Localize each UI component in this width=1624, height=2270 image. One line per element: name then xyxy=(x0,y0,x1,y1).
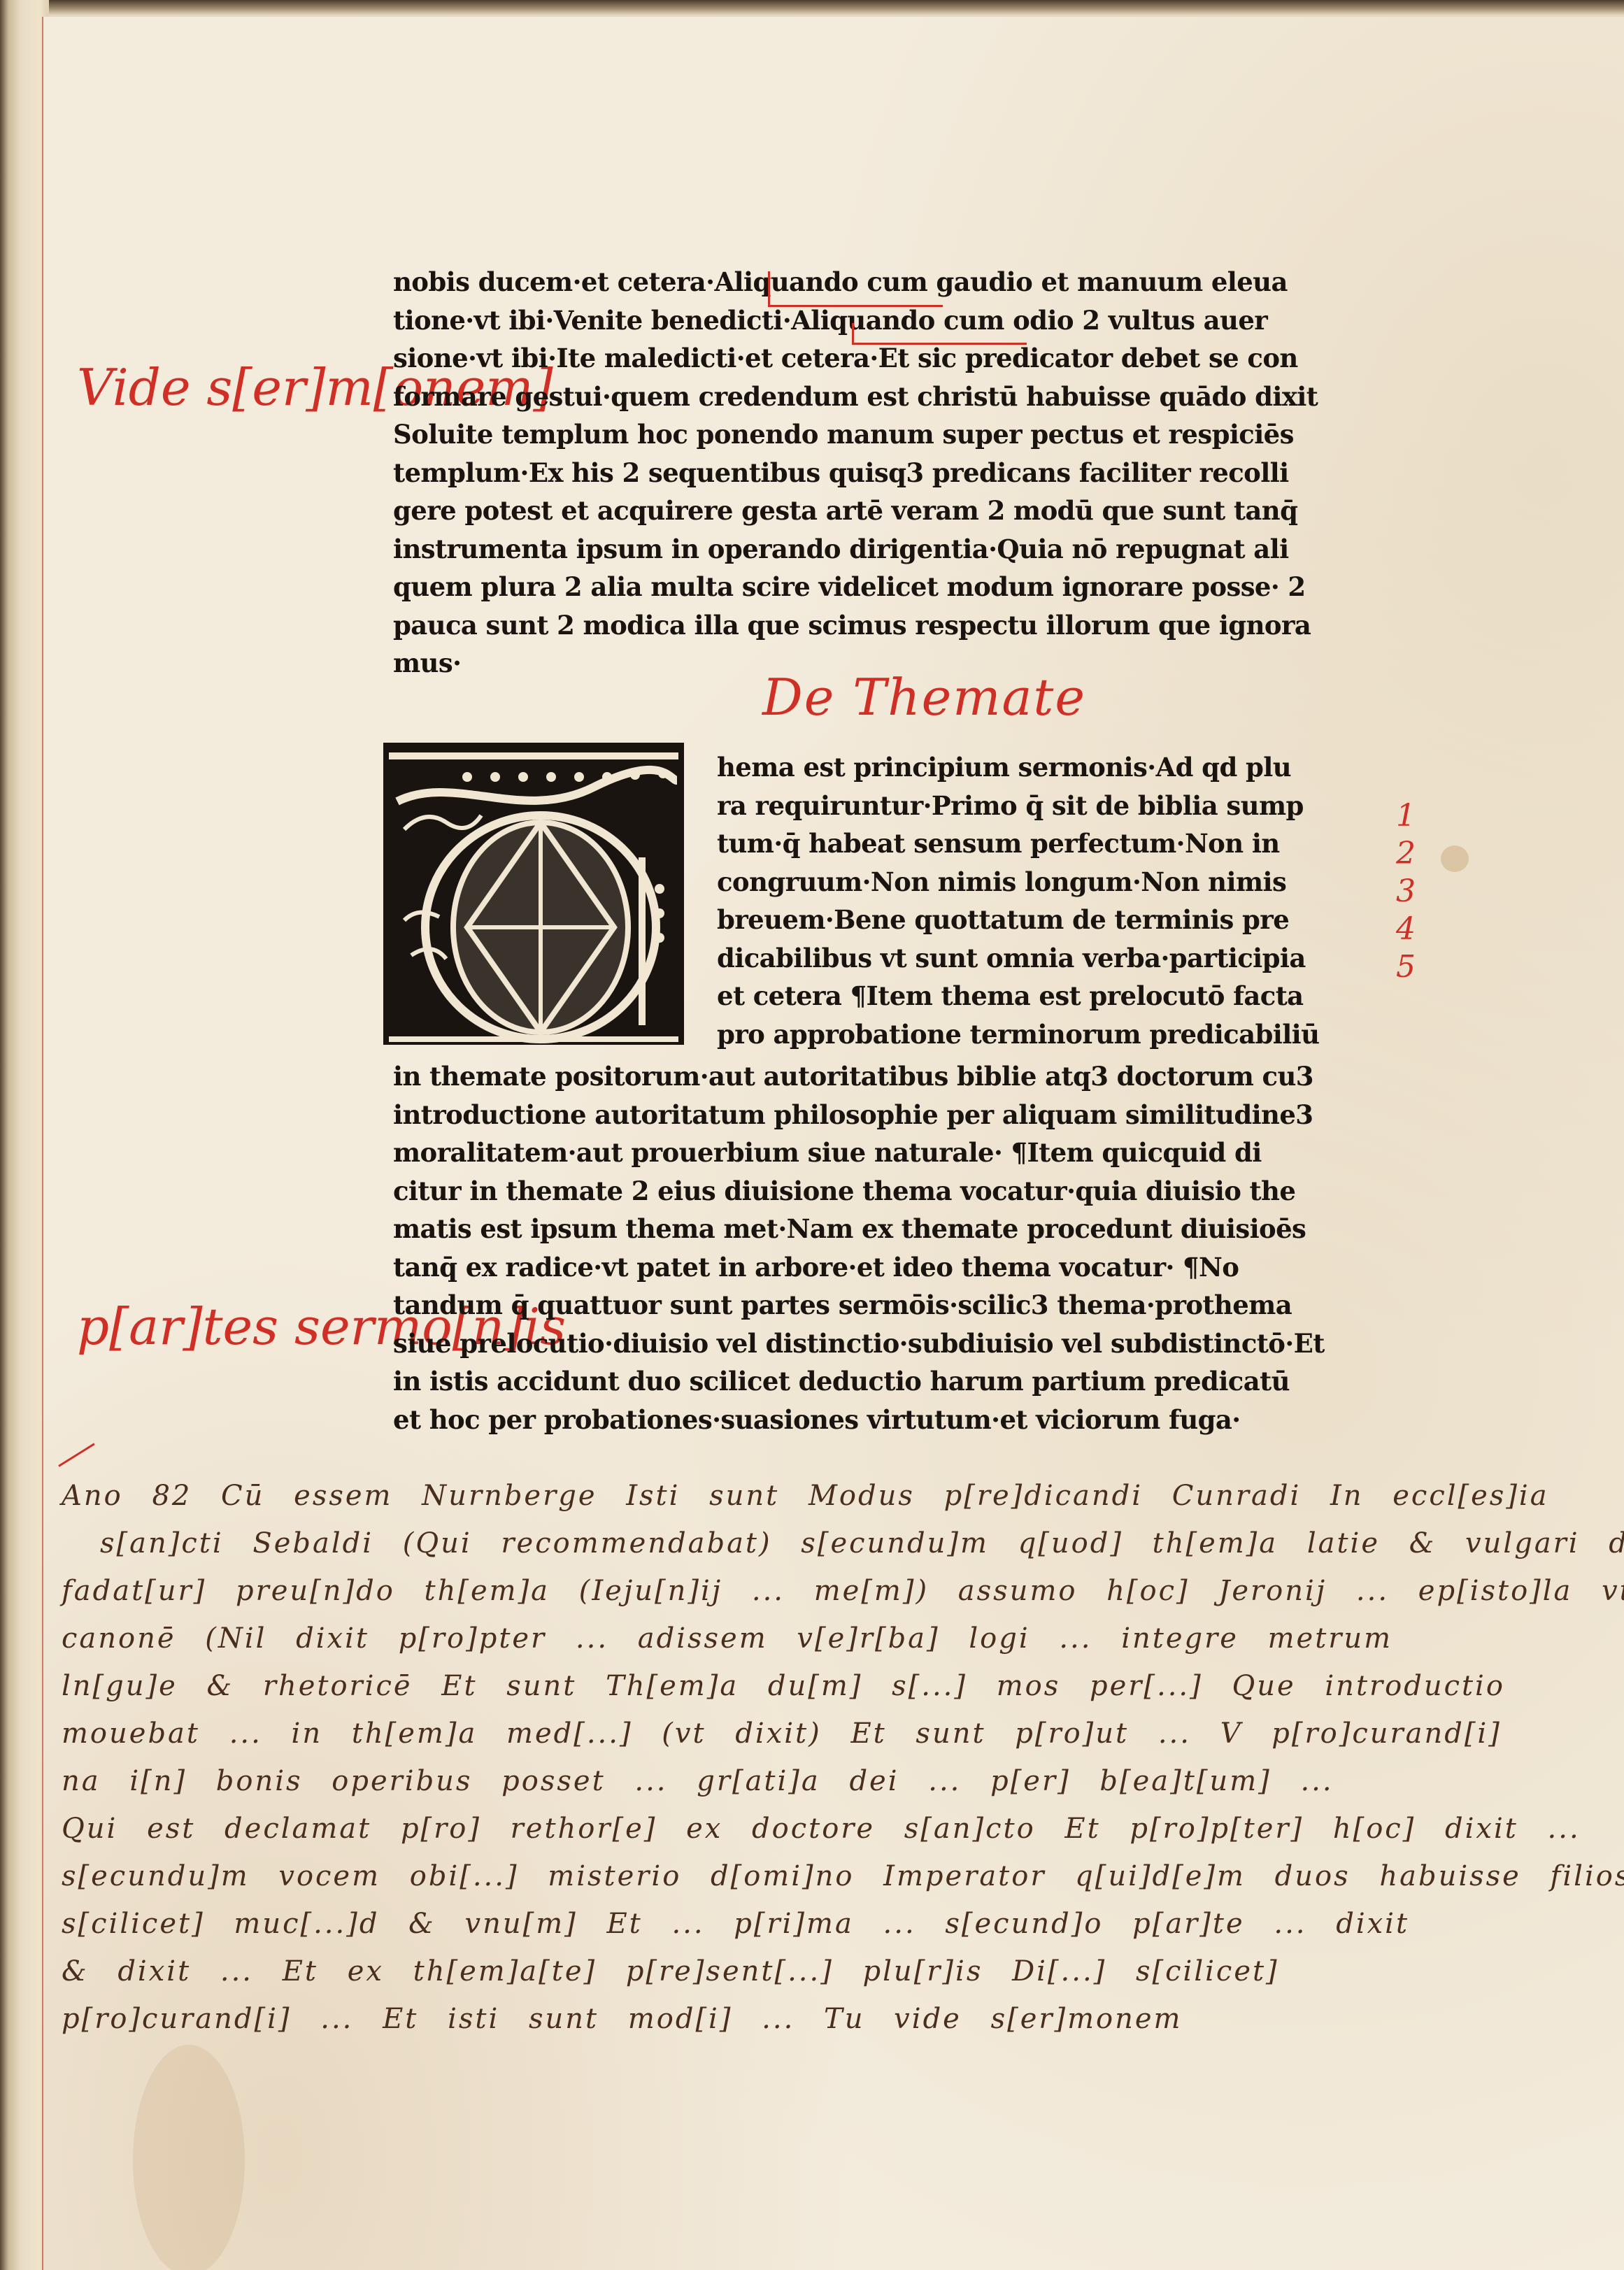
rubric-stroke xyxy=(852,323,854,344)
rubric-underline xyxy=(852,343,1027,345)
text-line: dicabilibus vt sunt omnia verba·particip… xyxy=(717,939,1388,978)
numeral: 5 xyxy=(1385,948,1427,986)
manuscript-line: s[an]cti Sebaldi (Qui recommendabat) s[e… xyxy=(62,1520,1495,1567)
manuscript-line: s[ecundu]m vocem obi[...] misterio d[omi… xyxy=(62,1853,1495,1900)
text-line: et cetera ¶Item thema est prelocutō fact… xyxy=(717,977,1388,1015)
text-line: formare gestui·quem credendum est christ… xyxy=(393,378,1386,416)
manuscript-line: fadat[ur] preu[n]do th[em]a (Ieju[n]ij .… xyxy=(62,1567,1495,1615)
text-line: ra requiruntur·Primo q̄ sit de biblia su… xyxy=(717,787,1388,825)
numeral: 2 xyxy=(1385,835,1427,873)
text-line: breuem·Bene quottatum de terminis pre xyxy=(717,901,1388,939)
text-line: gere potest et acquirere gesta artē vera… xyxy=(393,492,1386,530)
text-line: tanq̄ ex radice·vt patet in arbore·et id… xyxy=(393,1248,1386,1287)
text-line: et hoc per probationes·suasiones virtutu… xyxy=(393,1401,1386,1439)
numeral: 3 xyxy=(1385,873,1427,911)
manuscript-line: canonē (Nil dixit p[ro]pter ... adissem … xyxy=(62,1615,1495,1662)
manuscript-annotation: Ano 82 Cū essem Nurnberge Isti sunt Modu… xyxy=(62,1472,1495,2043)
paper-stain xyxy=(1441,845,1469,872)
text-line: hema est principium sermonis·Ad qd plu xyxy=(717,748,1388,787)
margin-numerals: 1 2 3 4 5 xyxy=(1385,797,1427,986)
text-line: sione·vt ibi·Ite maledicti·et cetera·Et … xyxy=(393,339,1386,378)
section-heading: De Themate xyxy=(762,668,1086,727)
text-line: tandum q̄ quattuor sunt partes sermōis·s… xyxy=(393,1286,1386,1325)
text-line: Soluite templum hoc ponendo manum super … xyxy=(393,415,1386,454)
manuscript-line: p[ro]curand[i] ... Et isti sunt mod[i] .… xyxy=(62,1995,1495,2043)
red-margin-rule xyxy=(42,17,43,2270)
text-line: introductione autoritatum philosophie pe… xyxy=(393,1096,1386,1134)
text-line: in themate positorum·aut autoritatibus b… xyxy=(393,1057,1386,1096)
paper-stain xyxy=(133,2045,245,2270)
manuscript-line: & dixit ... Et ex th[em]a[te] p[re]sent[… xyxy=(62,1948,1495,1995)
numeral: 4 xyxy=(1385,911,1427,948)
manuscript-line: na i[n] bonis operibus posset ... gr[ati… xyxy=(62,1757,1495,1805)
numeral: 1 xyxy=(1385,797,1427,835)
printed-text-block-top: nobis ducem·et cetera·Aliquando cum gaud… xyxy=(393,263,1386,683)
text-line: pauca sunt 2 modica illa que scimus resp… xyxy=(393,606,1386,645)
manuscript-line: Ano 82 Cū essem Nurnberge Isti sunt Modu… xyxy=(62,1472,1495,1520)
manuscript-line: s[cilicet] muc[...]d & vnu[m] Et ... p[r… xyxy=(62,1900,1495,1948)
text-line: moralitatem·aut prouerbium siue naturale… xyxy=(393,1134,1386,1172)
text-line: quem plura 2 alia multa scire videlicet … xyxy=(393,568,1386,606)
manuscript-line: mouebat ... in th[em]a med[...] (vt dixi… xyxy=(62,1710,1495,1757)
rubric-underline xyxy=(768,305,943,307)
text-line: siue prelocutio·diuisio vel distinctio·s… xyxy=(393,1325,1386,1363)
manuscript-line: ln[gu]e & rhetoricē Et sunt Th[em]a du[m… xyxy=(62,1662,1495,1710)
text-line: instrumenta ipsum in operando dirigentia… xyxy=(393,530,1386,569)
text-line: tum·q̄ habeat sensum perfectum·Non in xyxy=(717,825,1388,863)
printed-text-block-bottom: in themate positorum·aut autoritatibus b… xyxy=(393,1057,1386,1439)
text-line: citur in themate 2 eius diuisione thema … xyxy=(393,1172,1386,1211)
text-line: in istis accidunt duo scilicet deductio … xyxy=(393,1362,1386,1401)
text-line: nobis ducem·et cetera·Aliquando cum gaud… xyxy=(393,263,1386,301)
text-line: pro approbatione terminorum predicabiliū xyxy=(717,1015,1388,1054)
text-line: congruum·Non nimis longum·Non nimis xyxy=(717,863,1388,901)
manuscript-line: Qui est declamat p[ro] rethor[e] ex doct… xyxy=(62,1805,1495,1853)
woodcut-initial-letter xyxy=(383,743,684,1045)
printed-text-block-de-themate: hema est principium sermonis·Ad qd plu r… xyxy=(717,748,1388,1053)
ornament-icon xyxy=(383,745,684,1045)
text-line: matis est ipsum thema met·Nam ex themate… xyxy=(393,1210,1386,1248)
text-line: templum·Ex his 2 sequentibus quisq3 pred… xyxy=(393,454,1386,492)
rubric-stroke xyxy=(768,271,770,306)
